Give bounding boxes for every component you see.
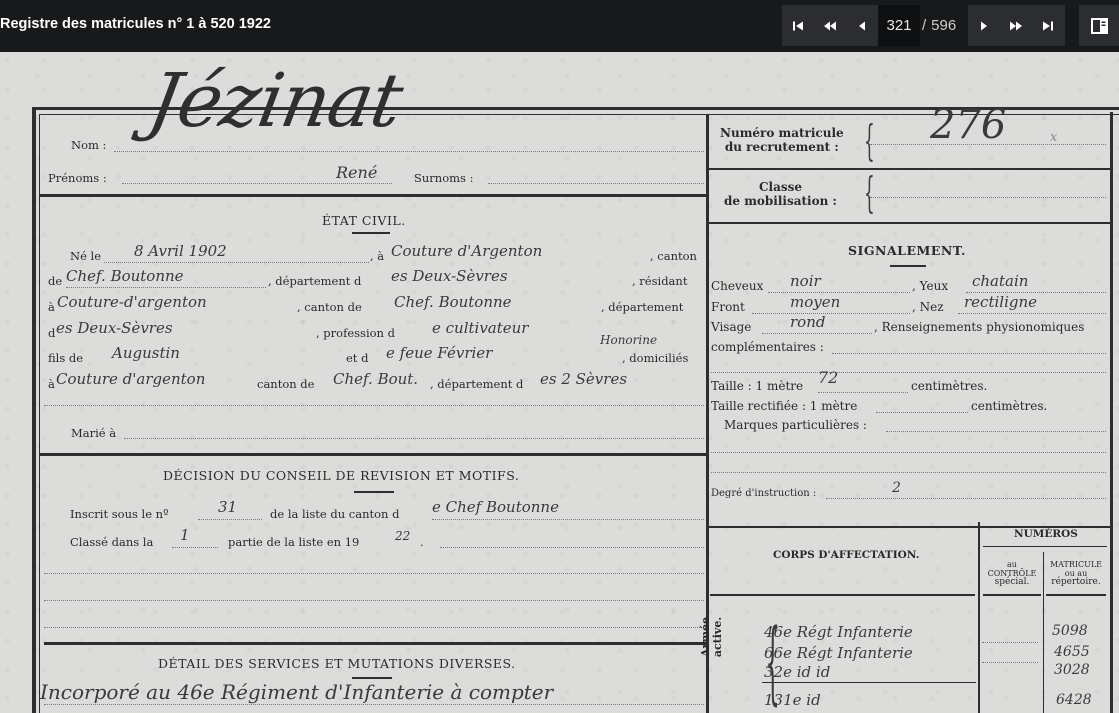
taille-rectifiee-label: Taille rectifiée : 1 mètre: [711, 399, 857, 413]
matricule-cell: 4655: [1054, 644, 1090, 660]
header-line: spécial.: [983, 578, 1041, 587]
visage-label: Visage: [711, 320, 751, 334]
table-col-divider: [978, 522, 980, 713]
yeux-label: , Yeux: [912, 279, 948, 293]
ne-le-handwritten: 8 Avril 1902: [134, 242, 227, 260]
heading-underline: [352, 232, 390, 234]
blank-dotted-line: [44, 600, 704, 601]
fils-de-label: fils de: [48, 351, 83, 365]
classe-label-line-1: Classe: [724, 180, 837, 194]
first-page-button[interactable]: [782, 5, 814, 46]
inscrit-handwritten: 31: [218, 498, 237, 516]
domicilies-label: , domiciliés: [622, 351, 688, 365]
classe-handwritten: 1: [180, 526, 190, 544]
blank-dotted-line: [711, 452, 1106, 453]
resident-label: , résidant: [632, 274, 687, 288]
frame-left-border: [32, 107, 36, 713]
panel-toggle-group: [1079, 5, 1119, 46]
prenoms-handwritten: René: [336, 163, 377, 182]
taille-dotted-line: [818, 392, 908, 393]
corps-affectation-heading: CORPS D'AFFECTATION.: [773, 549, 919, 561]
previous-page-button[interactable]: [846, 5, 878, 46]
last-page-button[interactable]: [1032, 5, 1064, 46]
surnoms-label: Surnoms :: [414, 171, 473, 185]
degre-dotted-line: [826, 498, 1106, 499]
profession-handwritten: e cultivateur: [432, 319, 528, 337]
annee-handwritten: 22: [395, 529, 410, 543]
matricule-rule: [709, 168, 1110, 170]
page-count: / 596: [922, 5, 956, 46]
residence-handwritten: Couture-d'argenton: [57, 293, 207, 311]
numero-mark: x: [1050, 130, 1057, 145]
numero-label-line-2: du recrutement :: [720, 140, 844, 154]
departement3-handwritten: es 2 Sèvres: [540, 370, 627, 388]
row-rule: [762, 682, 976, 683]
classe-mobilisation-label: Classe de mobilisation :: [724, 180, 837, 208]
ne-le-label: Né le: [70, 249, 101, 263]
viewer-toolbar: Registre des matricules n° 1 à 520 1922 …: [0, 0, 1119, 52]
blank-dotted-line: [711, 372, 1106, 373]
header-line: MATRICULE: [1045, 560, 1107, 569]
mere-prenom-handwritten: Honorine: [600, 333, 657, 347]
services-line-1: Incorporé au 46e Régiment d'Infanterie à…: [40, 680, 553, 704]
centimetres2-label: centimètres.: [971, 399, 1047, 413]
et-de-label: et d: [346, 351, 368, 365]
pere-handwritten: Augustin: [112, 344, 180, 362]
table-header-rule: [710, 594, 975, 596]
taille-handwritten: 72: [818, 368, 838, 387]
services-dotted-line: [44, 704, 704, 705]
blank-dotted-line: [44, 405, 704, 406]
prenoms-dotted-line: [122, 183, 392, 184]
departement-label: , département d: [268, 274, 361, 288]
brace-icon: {: [864, 116, 875, 165]
domicile-handwritten: Couture d'argenton: [56, 370, 205, 388]
partie-label: partie de la liste en 19: [228, 535, 359, 549]
total-pages: 596: [931, 17, 956, 34]
liste-dotted-line: [432, 519, 704, 520]
blank-dotted-line: [711, 472, 1106, 473]
taille-rectifiee-dotted-line: [876, 412, 968, 413]
page-separator: /: [922, 17, 926, 34]
etat-civil-heading: ÉTAT CIVIL.: [322, 213, 406, 228]
col-controle-header: au CONTRÔLE spécial.: [983, 560, 1041, 587]
fast-backward-icon: [823, 20, 837, 32]
inscrit-dotted-line: [198, 519, 262, 520]
blank-dotted-line: [44, 627, 704, 628]
canton-handwritten: Chef. Boutonne: [66, 267, 184, 285]
canton2-handwritten: Chef. Boutonne: [394, 293, 512, 311]
next-page-button[interactable]: [968, 5, 1000, 46]
annee-end: .: [420, 535, 424, 549]
nav-group-forward: [968, 5, 1065, 46]
cheveux-handwritten: noir: [790, 272, 821, 290]
matricule-cell: 6428: [1056, 692, 1092, 708]
fast-forward-button[interactable]: [1000, 5, 1032, 46]
skip-to-start-icon: [792, 20, 804, 32]
nez-dotted-line: [958, 313, 1106, 314]
centimetres-label: centimètres.: [911, 379, 987, 393]
fast-backward-button[interactable]: [814, 5, 846, 46]
resident-a-label: à: [48, 300, 55, 314]
brace-icon: {: [864, 168, 875, 217]
services-heading: DÉTAIL DES SERVICES ET MUTATIONS DIVERSE…: [158, 656, 516, 671]
caret-right-icon: [979, 20, 989, 32]
frame-right-border: [1110, 112, 1113, 713]
domicile-a-label: à: [48, 377, 55, 391]
classe-dotted-line: [172, 547, 218, 548]
blank-dotted-line: [44, 573, 704, 574]
row-dotted-line: [982, 642, 1038, 643]
taille-label: Taille : 1 mètre: [711, 379, 803, 393]
fast-forward-icon: [1009, 20, 1023, 32]
numero-matricule-label: Numéro matricule du recrutement :: [720, 126, 844, 154]
visage-handwritten: rond: [790, 313, 825, 331]
matricule-cell: 3028: [1054, 662, 1090, 678]
decision-bottom-rule: [44, 642, 706, 645]
document-viewer[interactable]: Nom : Prénoms : Surnoms : Jézinat René É…: [0, 52, 1119, 713]
d-label: d: [48, 326, 55, 340]
marques-dotted-line: [886, 431, 1106, 432]
renseignements-label: , Renseignements physionomiques: [874, 320, 1084, 334]
nom-label: Nom :: [71, 138, 106, 152]
header-line: au: [983, 560, 1041, 569]
departement3-label: , département d: [430, 377, 523, 391]
corps-cell: 32e id id: [764, 663, 830, 681]
classe-label-line-2: de mobilisation :: [724, 194, 837, 208]
caret-left-icon: [857, 20, 867, 32]
departement2-handwritten: es Deux-Sèvres: [56, 319, 173, 337]
departement-handwritten: es Deux-Sèvres: [391, 267, 508, 285]
nom-dotted-line: [114, 151, 704, 152]
mere-handwritten: e feue Février: [386, 344, 492, 362]
table-header-rule: [1046, 594, 1106, 596]
row-dotted-line: [982, 662, 1038, 663]
front-label: Front: [711, 300, 745, 314]
canton3-handwritten: Chef. Bout.: [333, 370, 418, 388]
surnoms-dotted-line: [488, 183, 704, 184]
marie-dotted-line: [124, 438, 704, 439]
yeux-handwritten: chatain: [972, 272, 1028, 290]
complementaires-dotted-line: [832, 353, 1106, 354]
classe-label: Classé dans la: [70, 535, 153, 549]
marie-label: Marié à: [71, 426, 116, 440]
complementaires-label: complémentaires :: [711, 340, 824, 354]
canton-label: , canton: [650, 249, 697, 263]
nom-handwritten: Jézinat: [142, 58, 408, 144]
lieu-naissance-handwritten: Couture d'Argenton: [391, 242, 542, 260]
corps-cell: 46e Régt Infanterie: [764, 623, 913, 641]
degre-instruction-label: Degré d'instruction :: [711, 488, 816, 499]
classe-dotted-line: [870, 197, 1106, 198]
document-title: Registre des matricules n° 1 à 520 1922: [0, 16, 271, 32]
marques-label: Marques particulières :: [724, 418, 867, 432]
corps-cell: 131e id: [764, 691, 821, 709]
visage-dotted-line: [762, 333, 872, 334]
classe-rule: [709, 222, 1110, 224]
numeros-heading: NUMÉROS: [1014, 528, 1078, 540]
toggle-side-panel-button[interactable]: [1079, 5, 1119, 46]
liste-label: de la liste du canton d: [270, 507, 399, 521]
canton-de-label: , canton de: [297, 300, 362, 314]
heading-underline: [352, 677, 392, 679]
liste-handwritten: e Chef Boutonne: [432, 498, 559, 516]
heading-underline: [890, 265, 926, 267]
frame-left-inner: [39, 114, 40, 713]
table-header-rule: [983, 594, 1041, 596]
degre-handwritten: 2: [892, 480, 901, 496]
prenoms-label: Prénoms :: [48, 171, 107, 185]
numeros-rule: [983, 546, 1107, 547]
identity-bottom-rule: [40, 194, 706, 197]
register-page-scan: Nom : Prénoms : Surnoms : Jézinat René É…: [0, 52, 1119, 713]
signalement-heading: SIGNALEMENT.: [848, 243, 966, 258]
departement2-label: , département: [601, 300, 683, 314]
canton3-label: canton de: [257, 377, 314, 391]
current-page-input[interactable]: 321: [878, 5, 920, 46]
canton-dotted-line: [66, 287, 266, 288]
nez-label: , Nez: [912, 300, 944, 314]
de-label: de: [48, 274, 62, 288]
front-dotted-line: [752, 313, 910, 314]
decision-heading: DÉCISION DU CONSEIL DE REVISION ET MOTIF…: [163, 468, 519, 483]
armee-line-2: active.: [712, 607, 724, 667]
heading-underline: [354, 491, 394, 493]
corps-cell: 66e Régt Infanterie: [764, 644, 913, 662]
skip-to-end-icon: [1042, 20, 1054, 32]
armee-active-label: Armée active.: [700, 607, 724, 667]
header-line: répertoire.: [1045, 578, 1107, 587]
a-label: , à: [370, 249, 384, 263]
side-panel-icon: [1091, 18, 1108, 34]
front-handwritten: moyen: [790, 293, 840, 311]
numero-handwritten: 276: [930, 102, 1006, 148]
numero-label-line-1: Numéro matricule: [720, 126, 844, 140]
nez-handwritten: rectiligne: [964, 293, 1037, 311]
matricule-cell: 5098: [1052, 623, 1088, 639]
cheveux-label: Cheveux: [711, 279, 763, 293]
etat-civil-bottom-rule: [40, 453, 706, 456]
ne-le-dotted-line: [104, 262, 369, 263]
table-col-divider: [1043, 552, 1044, 713]
nav-group-back: [782, 5, 878, 46]
profession-label: , profession d: [316, 326, 395, 340]
inscrit-label: Inscrit sous le nº: [70, 507, 169, 521]
col-matricule-header: MATRICULE ou au répertoire.: [1045, 560, 1107, 587]
partie-dotted-line: [440, 547, 704, 548]
